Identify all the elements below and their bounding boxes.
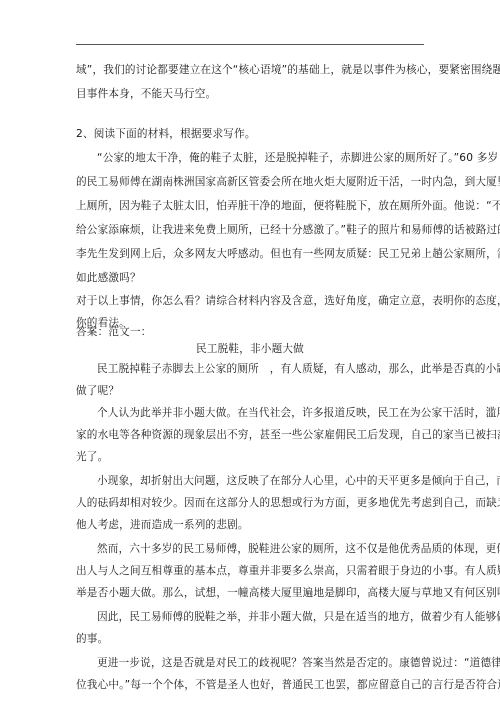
text-line: 位我心中。”每一个个体，不管是圣人也好，普通民工也罢，都应留意自己的言行是否符合… (76, 678, 426, 692)
text-line: 给公家添麻烦，让我进来免费上厕所，已经十分感激了。”鞋子的照片和易师傅的话被路过… (76, 223, 426, 237)
essay-title: 民工脱鞋，非小题大做 (0, 342, 500, 356)
text-line: 李先生发到网上后，众多网友大呼感动。但也有一些网友质疑：民工兄弟上趟公家厕所，需… (76, 247, 426, 261)
text-line: 上厕所，因为鞋子太脏太旧，怕弄脏干净的地面，便将鞋脱下，放在厕所外面。他说：“不… (76, 199, 426, 213)
text-line: 对于以上事情，你怎么看？请综合材料内容及含意，选好角度，确定立意，表明你的态度，… (76, 294, 426, 308)
document-page: 域”，我们的讨论都要建立在这个“核心语境”的基础上，就是以事件为核心，要紧密围绕… (0, 0, 500, 707)
text-line: 然而，六十多岁的民工易师傅，脱鞋进公家的厕所，这不仅是他优秀品质的体现，更体现 (97, 542, 425, 556)
text-line: 目事件本身，不能天马行空。 (76, 87, 426, 101)
answer-heading: 答案：范文一： (76, 325, 426, 339)
text-line: 做了呢？ (76, 384, 426, 398)
text-line: 域”，我们的讨论都要建立在这个“核心语境”的基础上，就是以事件为核心，要紧密围绕… (76, 63, 426, 77)
text-line: “公家的地太干净，俺的鞋子太脏，还是脱掉鞋子，赤脚进公家的厕所好了。”60 多岁 (97, 151, 425, 165)
question-heading: 2、阅读下面的材料，根据要求写作。 (76, 127, 426, 141)
text-line: 因此，民工易师傅的脱鞋之举，并非小题大做，只是在适当的地方，做着少有人能够做到 (97, 610, 425, 624)
text-line: 人的砝码却相对较少。因而在这部分人的思想或行为方面，更多地优先考虑到自己，而缺乏… (76, 496, 426, 510)
text-line: 的事。 (76, 632, 426, 646)
text-line: 出人与人之间互相尊重的基本点，尊重并非要多么崇高，只需着眼于身边的小事。有人质疑… (76, 564, 426, 578)
text-line: 光了。 (76, 450, 426, 464)
text-line: 如此感激吗？ (76, 271, 426, 285)
text-line: 举是否小题大做。那么，试想，一幢高楼大厦里遍地是脚印，高楼大厦与草地又有何区别呢… (76, 586, 426, 600)
text-line: 民工脱掉鞋子赤脚去上公家的厕所 ，有人质疑，有人感动，那么，此举是否真的小题大 (97, 362, 425, 376)
header-rule (76, 44, 424, 45)
text-line: 小现象，却折射出大问题，这反映了在部分人心里，心中的天平更多是倾向于自己，而他 (97, 474, 425, 488)
text-line: 他人考虑，进而造成一系列的悲剧。 (76, 518, 426, 532)
text-line: 更进一步说，这是否就是对民工的歧视呢？答案当然是否定的。康德曾说过：“道德律令， (97, 656, 425, 670)
text-line: 的民工易师傅在湖南株洲国家高新区管委会所在地火炬大厦附近干活，一时内急，到大厦里 (76, 175, 426, 189)
text-line: 个人认为此举并非小题大做。在当代社会，许多报道反映，民工在为公家干活时，滥用公 (97, 406, 425, 420)
text-line: 家的水电等各种资源的现象层出不穷，甚至一些公家雇佣民工后发现，自己的家当已被扫荡 (76, 428, 426, 442)
